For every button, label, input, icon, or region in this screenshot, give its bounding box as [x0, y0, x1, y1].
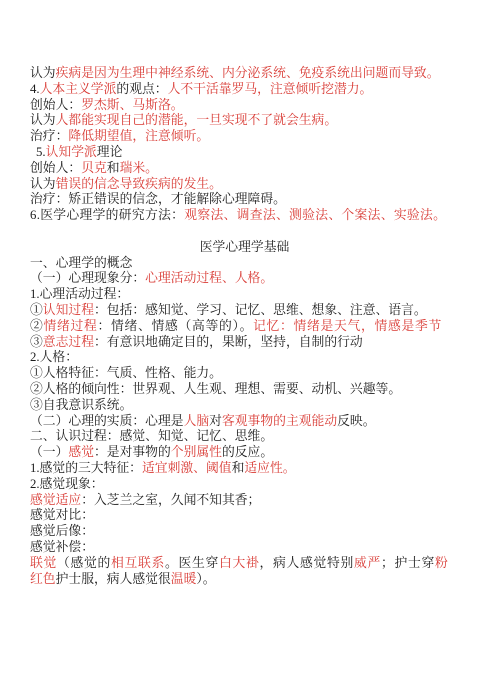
highlight-text: 心理活动过程、人格。	[145, 271, 273, 285]
document-page: 认为疾病是因为生理中神经系统、内分泌系统、免疫系统出问题而导致。4.人本主义学派…	[0, 0, 487, 691]
body-text: 创始人：	[30, 98, 81, 112]
text-line: 1.心理活动过程：	[30, 287, 459, 303]
body-text: 认为	[30, 66, 56, 80]
highlight-text: 错误的信念导致疾病的发生。	[56, 177, 222, 191]
text-line: （二）心理的实质：心理是人脑对客观事物的主观能动反映。	[30, 414, 459, 430]
text-line: （一）感觉：是对事物的个别属性的反应。	[30, 445, 459, 461]
body-text: 的反应。	[222, 445, 273, 459]
highlight-text: 罗杰斯、马斯洛。	[81, 98, 183, 112]
highlight-text: 人不干活靠罗马，注意倾听挖潜力。	[168, 82, 373, 96]
body-text: 医学心理学基础	[200, 240, 290, 254]
text-line: （一）心理现象分：心理活动过程、人格。	[30, 271, 459, 287]
text-line: 感觉后像：	[30, 524, 459, 540]
text-line: ②人格的倾向性：世界观、人生观、理想、需要、动机、兴趣等。	[30, 382, 459, 398]
highlight-text: 白大褂	[219, 556, 260, 570]
text-line: 治疗：降低期望值，注意倾听。	[30, 129, 459, 145]
highlight-text: 意志过程	[43, 335, 94, 349]
text-line: ③意志过程：有意识地确定目的，果断，坚持，自制的行动	[30, 335, 459, 351]
body-text: ③自我意识系统。	[30, 398, 132, 412]
text-line: 感觉对比：	[30, 508, 459, 524]
body-text: 护士服，病人感觉很	[56, 572, 171, 586]
blank-line	[30, 224, 459, 240]
highlight-text: 粉	[435, 556, 449, 570]
body-text: 1.心理活动过程：	[30, 287, 129, 301]
body-text: ①人格特征：气质、性格、能力。	[30, 366, 222, 380]
body-text: ；护士穿	[381, 556, 435, 570]
body-text: 和	[107, 161, 120, 175]
text-line: 感觉补偿：	[30, 540, 459, 556]
body-text: 6.医学心理学的研究方法：	[30, 208, 184, 222]
highlight-text: 降低期望值，注意倾听。	[68, 129, 209, 143]
highlight-text: 个别属性	[171, 445, 222, 459]
body-text: 二、认识过程：感觉、知觉、记忆、思维。	[30, 429, 273, 443]
body-text: 4.	[30, 82, 40, 96]
highlight-text: 情绪过程	[44, 319, 98, 333]
body-text: ：情绪、情感（高等的）。	[98, 319, 254, 333]
body-text: ：有意识地确定目的，果断，坚持，自制的行动	[94, 335, 363, 349]
body-text: （感觉的	[57, 556, 111, 570]
highlight-text: 人脑	[184, 414, 210, 428]
body-text: 2.人格：	[30, 350, 78, 364]
highlight-text: 认知过程	[43, 303, 94, 317]
body-text: 。医生穿	[165, 556, 219, 570]
body-text: 治疗：	[30, 129, 68, 143]
text-line: 联觉（感觉的相互联系。医生穿白大褂，病人感觉特别威严；护士穿粉	[30, 556, 459, 572]
text-line: 治疗：矫正错误的信念，才能解除心理障碍。	[30, 192, 459, 208]
text-line: 4.人本主义学派的观点：人不干活靠罗马，注意倾听挖潜力。	[30, 82, 459, 98]
text-line: 二、认识过程：感觉、知觉、记忆、思维。	[30, 429, 459, 445]
text-line: ①认知过程：包括：感知觉、学习、记忆、思维、想象、注意、语言。	[30, 303, 459, 319]
body-text: 感觉对比：	[30, 508, 94, 522]
body-text: 一、心理学的概念	[30, 256, 132, 270]
highlight-text: 认知学派	[46, 145, 97, 159]
body-text: ②	[30, 319, 44, 333]
document-content: 认为疾病是因为生理中神经系统、内分泌系统、免疫系统出问题而导致。4.人本主义学派…	[0, 0, 487, 587]
highlight-text: 感觉适应	[30, 493, 81, 507]
body-text: 创始人：	[30, 161, 81, 175]
body-text: 的观点：	[116, 82, 167, 96]
text-line: 红色护士服，病人感觉很温暖）。	[30, 572, 459, 588]
body-text: （一）心理现象分：	[30, 271, 145, 285]
body-text: ③	[30, 335, 43, 349]
highlight-text: 适应性。	[244, 461, 295, 475]
highlight-text: 人本主义学派	[40, 82, 117, 96]
highlight-text: 贝克	[81, 161, 107, 175]
highlight-text: 人都能实现自己的潜能，一旦实现不了就会生病。	[56, 113, 338, 127]
highlight-text: 适宜刺激、阈值	[142, 461, 232, 475]
body-text: 感觉补偿：	[30, 540, 94, 554]
body-text: ：是对事物的	[94, 445, 171, 459]
body-text: ：入芝兰之室，久闻不知其香；	[81, 493, 260, 507]
highlight-text: 观察法、调查法、测验法、个案法、实验法。	[184, 208, 446, 222]
text-line: 5.认知学派理论	[30, 145, 459, 161]
highlight-text: 威严	[354, 556, 381, 570]
text-line: 创始人：贝克和瑞米。	[30, 161, 459, 177]
highlight-text: 瑞米。	[120, 161, 158, 175]
text-line: ③自我意识系统。	[30, 398, 459, 414]
body-text: 感觉后像：	[30, 524, 94, 538]
text-line: 认为人都能实现自己的潜能，一旦实现不了就会生病。	[30, 113, 459, 129]
body-text: ：包括：感知觉、学习、记忆、思维、想象、注意、语言。	[94, 303, 427, 317]
body-text: ，病人感觉特别	[260, 556, 354, 570]
body-text: 对	[209, 414, 222, 428]
text-line: 创始人：罗杰斯、马斯洛。	[30, 98, 459, 114]
highlight-text: 红色	[30, 572, 56, 586]
body-text: 理论	[97, 145, 123, 159]
highlight-text: 联觉	[30, 556, 57, 570]
highlight-text: 客观事物的主观能动	[222, 414, 337, 428]
body-text: 2.感觉现象：	[30, 477, 104, 491]
body-text: 认为	[30, 177, 56, 191]
text-line: 感觉适应：入芝兰之室，久闻不知其香；	[30, 493, 459, 509]
highlight-text: 感觉	[68, 445, 94, 459]
body-text: 反映。	[337, 414, 375, 428]
section-title: 医学心理学基础	[30, 240, 459, 256]
body-text: 5.	[36, 145, 46, 159]
text-line: ①人格特征：气质、性格、能力。	[30, 366, 459, 382]
text-line: ②情绪过程：情绪、情感（高等的）。记忆：情绪是天气，情感是季节	[30, 319, 459, 335]
body-text: 认为	[30, 113, 56, 127]
text-line: 6.医学心理学的研究方法：观察法、调查法、测验法、个案法、实验法。	[30, 208, 459, 224]
highlight-text: 温暖	[171, 572, 197, 586]
body-text: （二）心理的实质：心理是	[30, 414, 184, 428]
text-line: 一、心理学的概念	[30, 256, 459, 272]
text-line: 认为疾病是因为生理中神经系统、内分泌系统、免疫系统出问题而导致。	[30, 66, 459, 82]
text-line: 1.感觉的三大特征：适宜刺激、阈值和适应性。	[30, 461, 459, 477]
highlight-text: 记忆：情绪是天气，情感是季节	[253, 319, 442, 333]
body-text: 和	[232, 461, 245, 475]
body-text: （一）	[30, 445, 68, 459]
highlight-text: 相互联系	[111, 556, 165, 570]
highlight-text: 疾病是因为生理中神经系统、内分泌系统、免疫系统出问题而导致。	[56, 66, 440, 80]
body-text: ②人格的倾向性：世界观、人生观、理想、需要、动机、兴趣等。	[30, 382, 401, 396]
text-line: 认为错误的信念导致疾病的发生。	[30, 177, 459, 193]
body-text: ）。	[196, 572, 215, 586]
text-line: 2.人格：	[30, 350, 459, 366]
body-text: 治疗：矫正错误的信念，才能解除心理障碍。	[30, 192, 286, 206]
body-text: ①	[30, 303, 43, 317]
body-text: 1.感觉的三大特征：	[30, 461, 142, 475]
text-line: 2.感觉现象：	[30, 477, 459, 493]
